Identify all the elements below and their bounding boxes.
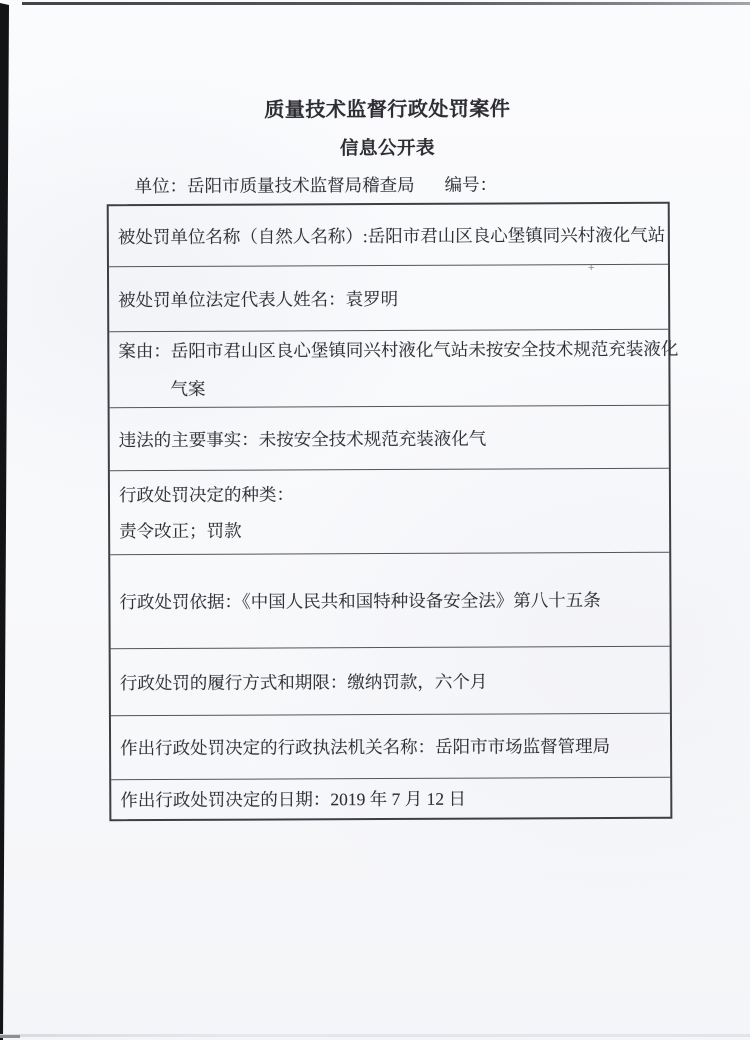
cell: 行政处罚依据：《中国人民共和国特种设备安全法》第八十五条 xyxy=(119,587,665,614)
document-title-line1: 质量技术监督行政处罚案件 xyxy=(12,91,750,123)
number-label: 编号： xyxy=(445,175,498,195)
row-penalty-basis: 行政处罚依据：《中国人民共和国特种设备安全法》第八十五条 xyxy=(110,552,669,648)
penalty-info-table: 被处罚单位名称（自然人名称）:岳阳市君山区良心堡镇同兴村液化气站 被处罚单位法定… xyxy=(107,202,673,821)
cell-text: 违法的主要事实：未按安全技术规范充装液化气 xyxy=(119,424,665,451)
unit-and-number-line: 单位：岳阳市质量技术监督局稽查局编号： xyxy=(135,172,498,199)
cell-text: 作出行政处罚决定的行政执法机关名称：岳阳市市场监督管理局 xyxy=(120,733,666,760)
row-enforcement-agency: 作出行政处罚决定的行政执法机关名称：岳阳市市场监督管理局 xyxy=(111,713,670,779)
cell: 被处罚单位法定代表人姓名：袁罗明 xyxy=(118,284,664,311)
scanned-document-page: { "document": { "title_line1": "质量技术监督行政… xyxy=(0,0,750,1040)
cell: 被处罚单位名称（自然人名称）:岳阳市君山区良心堡镇同兴村液化气站 xyxy=(118,221,664,248)
cell-text-wrapped: 气案 xyxy=(170,367,664,407)
unit-label: 单位：岳阳市质量技术监督局稽查局 xyxy=(135,175,415,196)
row-legal-representative: 被处罚单位法定代表人姓名：袁罗明 xyxy=(109,264,668,331)
cell-text: 被处罚单位法定代表人姓名：袁罗明 xyxy=(118,284,664,311)
cell-text: 作出行政处罚决定的日期：2019 年 7 月 12 日 xyxy=(120,785,666,812)
cell: 违法的主要事实：未按安全技术规范充装液化气 xyxy=(119,424,665,451)
document-content: 质量技术监督行政处罚案件 信息公开表 单位：岳阳市质量技术监督局稽查局编号： +… xyxy=(0,0,750,1040)
row-penalty-decision-date: 作出行政处罚决定的日期：2019 年 7 月 12 日 xyxy=(111,777,670,819)
row-main-illegal-facts: 违法的主要事实：未按安全技术规范充装液化气 xyxy=(110,405,669,470)
cell-text-line2: 责令改正；罚款 xyxy=(119,510,665,548)
cell: 作出行政处罚决定的行政执法机关名称：岳阳市市场监督管理局 xyxy=(120,733,666,760)
cell-text: 行政处罚决定的种类： xyxy=(119,474,665,512)
row-case-cause: 案由：岳阳市君山区良心堡镇同兴村液化气站未按安全技术规范充装液化 气案 xyxy=(109,329,668,407)
cell-text: 被处罚单位名称（自然人名称）:岳阳市君山区良心堡镇同兴村液化气站 xyxy=(118,221,664,248)
row-penalized-unit-name: 被处罚单位名称（自然人名称）:岳阳市君山区良心堡镇同兴村液化气站 xyxy=(109,204,668,266)
cell-text: 行政处罚依据：《中国人民共和国特种设备安全法》第八十五条 xyxy=(119,587,665,614)
document-title-line2: 信息公开表 xyxy=(12,132,750,161)
row-penalty-decision-types: 行政处罚决定的种类： 责令改正；罚款 xyxy=(110,468,669,554)
row-penalty-execution: 行政处罚的履行方式和期限：缴纳罚款，六个月 xyxy=(111,646,670,715)
cell: 案由：岳阳市君山区良心堡镇同兴村液化气站未按安全技术规范充装液化 气案 xyxy=(118,329,664,407)
cell: 行政处罚的履行方式和期限：缴纳罚款，六个月 xyxy=(120,667,666,694)
cell-text: 案由：岳阳市君山区良心堡镇同兴村液化气站未按安全技术规范充装液化 xyxy=(118,329,664,369)
cell-text: 行政处罚的履行方式和期限：缴纳罚款，六个月 xyxy=(120,667,666,694)
cell: 行政处罚决定的种类： 责令改正；罚款 xyxy=(119,474,665,548)
cell: 作出行政处罚决定的日期：2019 年 7 月 12 日 xyxy=(120,785,666,812)
